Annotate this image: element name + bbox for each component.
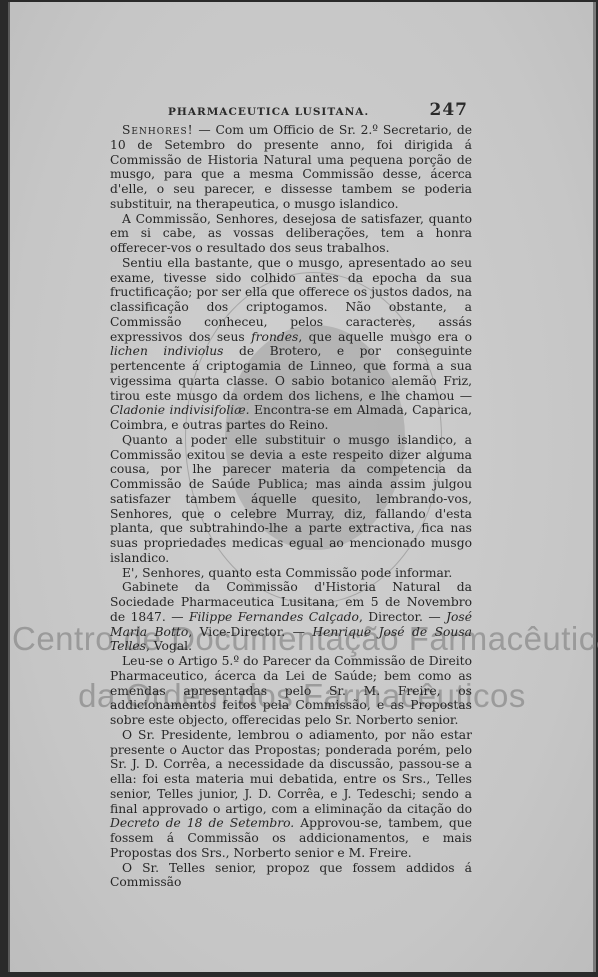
paragraph-2: A Commissão, Senhores, desejosa de satis… xyxy=(110,212,472,256)
signatory-director: Filippe Fernandes Calçado xyxy=(189,610,359,624)
paragraph-8: O Sr. Presidente, lembrou o adiamento, p… xyxy=(110,728,472,861)
paragraph-9: O Sr. Telles senior, propoz que fossem a… xyxy=(110,861,472,891)
running-title: PHARMACEUTICA LUSITANA. xyxy=(168,106,369,118)
page-body: Senhores! — Com um Officio de Sr. 2.º Se… xyxy=(110,123,472,890)
term-frondes: frondes xyxy=(251,330,298,344)
paragraph-6-signature: Gabinete da Commissão d'Historia Natural… xyxy=(110,580,472,654)
page-number: 247 xyxy=(430,100,469,120)
term-lichen: lichen indiviolus xyxy=(110,344,223,358)
paragraph-1: Senhores! — Com um Officio de Sr. 2.º Se… xyxy=(110,123,472,212)
term-cladonie: Cladonie indivisifoliæ. xyxy=(110,403,250,417)
term-decreto: Decreto de 18 de Setembro. xyxy=(110,816,294,830)
paragraph-3: Sentiu ella bastante, que o musgo, apres… xyxy=(110,256,472,433)
salutation: Senhores! xyxy=(122,123,194,137)
paragraph-5: E', Senhores, quanto esta Commissão pode… xyxy=(110,566,472,581)
paragraph-7: Leu-se o Artigo 5.º do Parecer da Commis… xyxy=(110,654,472,728)
paragraph-4: Quanto a poder elle substituir o musgo i… xyxy=(110,433,472,566)
